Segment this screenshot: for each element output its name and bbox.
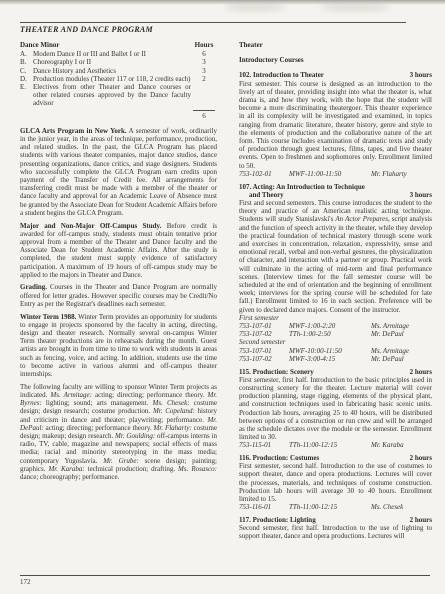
course-116: 116. Production: Costumes 2 hours First … xyxy=(239,454,432,511)
paragraph-winter-term: Winter Term 1988. Winter Term provides a… xyxy=(20,313,217,379)
course-title: 117. Production: Lighting xyxy=(239,516,410,524)
course-instructor: Ms. Armitage xyxy=(371,347,432,355)
catalog-page: THEATER AND DANCE PROGRAM Dance Minor Ho… xyxy=(0,0,445,594)
course-header: 107. Acting: An Introduction to Techniqu… xyxy=(239,183,432,191)
row-text: Choreography I or II xyxy=(33,58,191,66)
course-time: MWF-3:00-4:15 xyxy=(289,355,371,363)
section-subheading-introductory-courses: Introductory Courses xyxy=(239,56,432,64)
faculty-name: Mr. Goulding: xyxy=(115,432,155,440)
row-letter: D. xyxy=(20,75,33,83)
course-115: 115. Production: Scenery 2 hours First s… xyxy=(239,368,432,450)
course-description: First semester, second half. Introductio… xyxy=(239,462,432,503)
row-hours: 3 xyxy=(191,67,217,75)
course-hours: 2 hours xyxy=(410,454,432,462)
course-code: 753-115-01 xyxy=(239,441,289,449)
dance-minor-row-c: C. Dance History and Aesthetics 3 xyxy=(20,67,217,75)
faculty-name: Mr. Flaharty: xyxy=(154,424,192,432)
row-text: Dance History and Aesthetics xyxy=(33,67,191,75)
description-text: , script analysis and the function of sp… xyxy=(239,215,432,313)
schedule-line: 753-107-01 MWF-10:00-11:50 Ms. Armitage xyxy=(239,347,432,355)
total-hours: 6 xyxy=(193,110,215,120)
course-hours: 3 hours xyxy=(410,71,432,79)
paragraph-off-campus: Major and Non-Major Off-Campus Study. Be… xyxy=(20,222,217,279)
course-hours: 2 hours xyxy=(410,368,432,376)
course-title: 116. Production: Costumes xyxy=(239,454,410,462)
semester-label: First semester xyxy=(239,314,432,322)
course-title: 115. Production: Scenery xyxy=(239,368,410,376)
course-102: 102. Introduction to Theater 3 hours Fir… xyxy=(239,71,432,178)
row-hours xyxy=(191,83,217,108)
footer-rule xyxy=(20,575,430,576)
paragraph-body: Courses in the Theater and Dance Program… xyxy=(20,283,217,307)
row-text: Modern Dance II or III and Ballet I or I… xyxy=(33,50,191,58)
course-code: 753-116-01 xyxy=(239,503,289,511)
page-number: 172 xyxy=(20,578,31,586)
schedule-line: 753-107-01 MWF-1:00-2:20 Ms. Armitage xyxy=(239,322,432,330)
right-column: Theater Introductory Courses 102. Introd… xyxy=(239,41,432,545)
paragraph-body: Before credit is awarded for off-campus … xyxy=(20,222,217,279)
course-code: 753-107-02 xyxy=(239,355,289,363)
faculty-name: Ms. Armitage: xyxy=(50,391,92,399)
hours-column-header: Hours xyxy=(191,41,217,49)
page-title: THEATER AND DANCE PROGRAM xyxy=(20,25,420,34)
course-117: 117. Production: Lighting 2 hours Second… xyxy=(239,516,432,541)
schedule-line: 753-107-02 TTh-1:00-2:50 Mr. DePaul xyxy=(239,330,432,338)
course-instructor: Mr. DePaul xyxy=(371,355,432,363)
paragraph-lead: Winter Term 1988. xyxy=(20,313,76,321)
course-hours: 2 hours xyxy=(410,516,432,524)
course-instructor: Mr. Karaba xyxy=(371,441,432,449)
course-title: 102. Introduction to Theater xyxy=(239,71,410,79)
scan-smudge xyxy=(225,2,285,12)
course-107: 107. Acting: An Introduction to Techniqu… xyxy=(239,183,432,363)
row-text: Production modules (Theater 117 or 118, … xyxy=(33,75,191,83)
row-letter: C. xyxy=(20,67,33,75)
header-rule xyxy=(20,22,406,23)
course-title-line1: 107. Acting: An Introduction to Techniqu… xyxy=(239,183,432,191)
faculty-name: Mr. Copeland: xyxy=(153,407,195,415)
course-description: Second semester, first half. Introductio… xyxy=(239,524,432,540)
course-description: First semester. This course is designed … xyxy=(239,80,432,170)
faculty-text: technical production; drafting. xyxy=(85,465,178,473)
dance-minor-row-a: A. Modern Dance II or III and Ballet I o… xyxy=(20,50,217,58)
row-letter: A. xyxy=(20,50,33,58)
course-description: First semester, first half. Introduction… xyxy=(239,376,432,442)
course-code: 753-107-02 xyxy=(239,330,289,338)
faculty-text: acting; directing; performance theory. xyxy=(92,391,207,399)
paragraph-faculty-sponsors: The following faculty are willing to spo… xyxy=(20,383,217,481)
course-time: TTh-11:00-12:15 xyxy=(289,503,371,511)
course-code: 753-107-01 xyxy=(239,322,289,330)
dance-minor-row-b: B. Choreography I or II 3 xyxy=(20,58,217,66)
course-instructor: Mr. DePaul xyxy=(371,330,432,338)
schedule-line: 753-115-01 TTh-11:00-12:15 Mr. Karaba xyxy=(239,441,432,449)
paragraph-lead: Major and Non-Major Off-Campus Study. xyxy=(20,222,161,230)
faculty-name: Mr. Grube: xyxy=(103,457,139,465)
course-description: First and second semesters. This course … xyxy=(239,199,432,314)
course-time: MWF-10:00-11:50 xyxy=(289,347,371,355)
course-time: TTh-11:00-12:15 xyxy=(289,441,371,449)
course-header: 115. Production: Scenery 2 hours xyxy=(239,368,432,376)
row-text: Electives from other Theater and Dance c… xyxy=(33,83,191,108)
left-column: Dance Minor Hours A. Modern Dance II or … xyxy=(20,41,217,486)
course-title-line2: and Theory xyxy=(239,191,410,199)
row-letter: B. xyxy=(20,58,33,66)
dance-minor-total-row: 6 xyxy=(20,110,217,120)
course-header: 116. Production: Costumes 2 hours xyxy=(239,454,432,462)
faculty-name: Mr. Karaba: xyxy=(48,465,84,473)
course-time: MWF-1:00-2:20 xyxy=(289,322,371,330)
course-instructor: Ms. Chesek xyxy=(371,503,432,511)
section-heading-theater: Theater xyxy=(239,41,432,49)
course-code: 753-102-01 xyxy=(239,170,289,178)
dance-minor-header: Dance Minor Hours xyxy=(20,41,217,49)
row-hours: 6 xyxy=(191,50,217,58)
paragraph-lead: Grading. xyxy=(20,283,47,291)
row-hours: 2 xyxy=(191,75,217,83)
schedule-line: 753-107-02 MWF-3:00-4:15 Mr. DePaul xyxy=(239,355,432,363)
faculty-name: Ms. Rosasco: xyxy=(178,465,217,473)
paragraph-body: A semester of work, ordinarily in the ju… xyxy=(20,127,217,217)
scan-smudge xyxy=(320,2,390,12)
row-letter: E. xyxy=(20,83,33,108)
course-hours: 3 hours xyxy=(410,191,432,199)
dance-minor-row-d: D. Production modules (Theater 117 or 11… xyxy=(20,75,217,83)
semester-label: Second semester xyxy=(239,338,432,346)
schedule-line: 753-116-01 TTh-11:00-12:15 Ms. Chesek xyxy=(239,503,432,511)
course-code: 753-107-01 xyxy=(239,347,289,355)
course-header: 102. Introduction to Theater 3 hours xyxy=(239,71,432,79)
paragraph-lead: GLCA Arts Program in New York. xyxy=(20,127,127,135)
faculty-name: Ms. Chesek: xyxy=(153,399,190,407)
row-hours: 3 xyxy=(191,58,217,66)
paragraph-grading: Grading. Courses in the Theater and Danc… xyxy=(20,283,217,308)
dance-minor-row-e: E. Electives from other Theater and Danc… xyxy=(20,83,217,108)
schedule-line: 753-102-01 MWF-11:00-11:50 Mr. Flaharty xyxy=(239,170,432,178)
course-instructor: Mr. Flaharty xyxy=(371,170,432,178)
course-time: MWF-11:00-11:50 xyxy=(289,170,371,178)
paragraph-body: Winter Term provides an opportunity for … xyxy=(20,313,217,378)
book-title: An Actor Prepares xyxy=(335,215,388,223)
dance-minor-heading: Dance Minor xyxy=(20,41,191,49)
course-instructor: Ms. Armitage xyxy=(371,322,432,330)
course-time: TTh-1:00-2:50 xyxy=(289,330,371,338)
faculty-text: lighting; sound; arts management. xyxy=(42,399,153,407)
paragraph-glca: GLCA Arts Program in New York. A semeste… xyxy=(20,127,217,217)
course-header: 117. Production: Lighting 2 hours xyxy=(239,516,432,524)
faculty-text: dance; choreography; performance. xyxy=(20,473,119,481)
course-header-line2: and Theory 3 hours xyxy=(239,191,432,199)
faculty-text: acting; directing; performance theory. xyxy=(44,424,154,432)
